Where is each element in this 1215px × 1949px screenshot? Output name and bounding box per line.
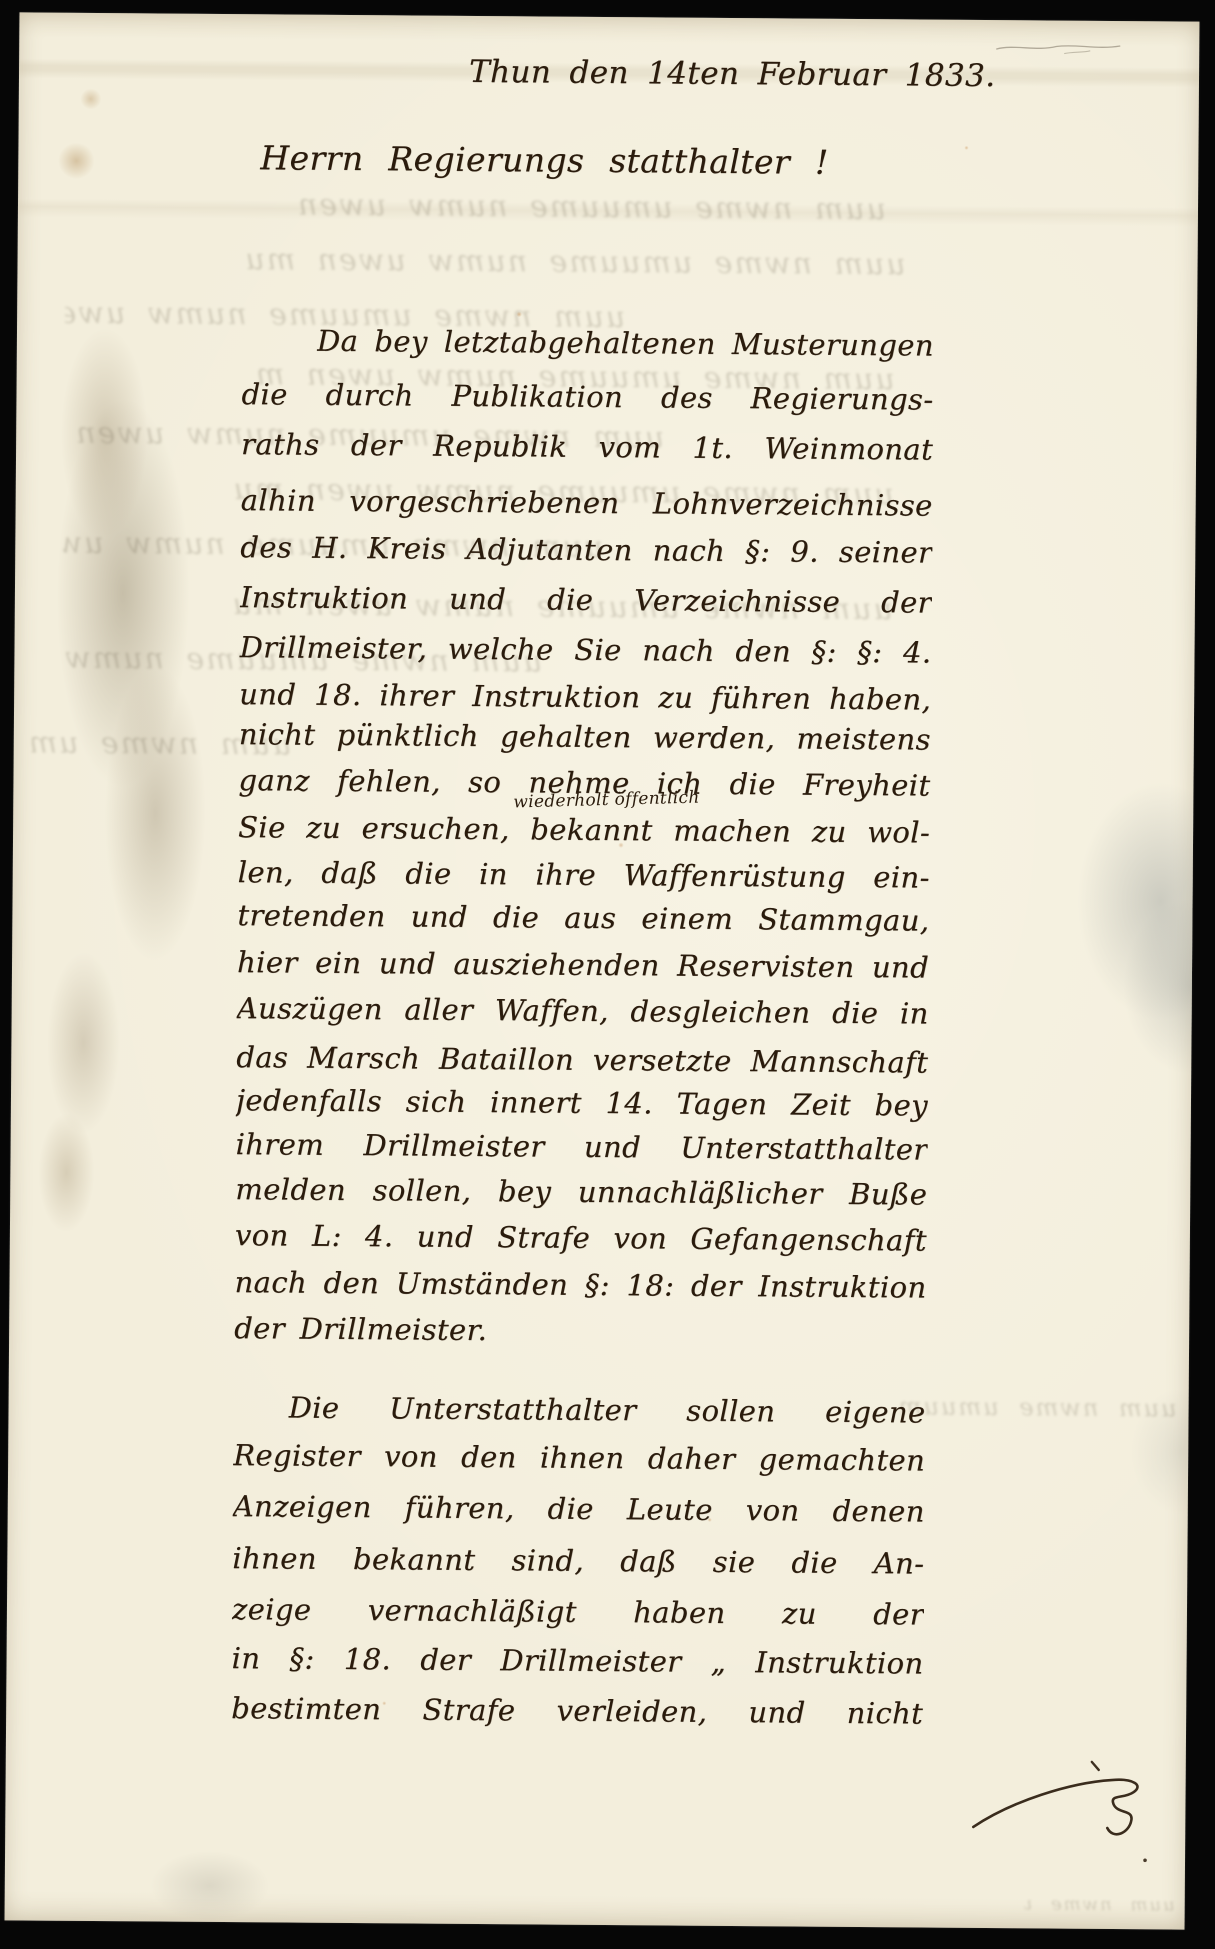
bleedthrough-line: uum nwme umuume numw uwen mume nuwme ume… (245, 242, 905, 287)
text-line: alhin vorgeschriebenen Lohnverzeichnisse (240, 478, 932, 529)
text-line: der Drillmeister. (234, 1306, 487, 1354)
dateline: Thun den 14ten Februar 1833. (469, 50, 951, 100)
text-line: in §: 18. der Drillmeister „ Instruktion (231, 1636, 923, 1687)
text-line: tretenden und die aus einem Stammgau, (237, 893, 929, 944)
pencil-scribble (994, 40, 1124, 57)
text-line: des H. Kreis Adjutanten nach §: 9. seine… (240, 525, 932, 576)
signature-paraph (967, 1755, 1168, 1872)
text-line: bestimten Strafe verleiden, und nicht (231, 1686, 923, 1737)
text-line: Register von den ihnen daher gemachten (233, 1433, 925, 1484)
text-line: Drillmeister, welche Sie nach den §: §: … (239, 625, 931, 676)
salutation: Herrn Regierungs statthalter ! (260, 136, 829, 186)
text-line: hier ein und ausziehenden Reservisten un… (237, 940, 929, 991)
text-line: ihnen bekannt sind, daß sie die An- (232, 1536, 924, 1587)
text-line: von L: 4. und Strafe von Gefangenschaft (235, 1213, 927, 1264)
bleedthrough-line: uum nwme umuume numw uwen mume nuwme ume… (286, 187, 886, 232)
text-line: melden sollen, bey unnachläßlicher Buße (235, 1167, 927, 1218)
text-line: nach den Umständen §: 18: der Instruktio… (234, 1260, 926, 1311)
text-line: Da bey letztabgehaltenen Musterungen (317, 319, 934, 370)
text-line: raths der Republik vom 1t. Weinmonat (241, 422, 933, 473)
text-line: Die Unterstatthalter sollen eigene (288, 1386, 925, 1437)
text-line: jedenfalls sich innert 14. Tagen Zeit be… (236, 1078, 928, 1129)
text-line: zeige vernachläßigt haben zu der (232, 1587, 924, 1638)
text-line: ihrem Drillmeister und Unterstatthalter (235, 1122, 927, 1173)
text-line: Instruktion und die Verzeichnisse der (240, 575, 932, 626)
text-line: die durch Publikation des Regierungs- (241, 372, 933, 423)
text-line: nicht pünktlich gehalten werden, meisten… (239, 712, 931, 763)
text-line: Auszügen aller Waffen, desgleichen die i… (237, 986, 929, 1037)
text-line: Sie zu ersuchen, bekannt machen zu wol- (238, 805, 930, 856)
text-line: Anzeigen führen, die Leute von denen (233, 1484, 925, 1535)
letter-page: uum nwme umuume numw uwen mume nuwme ume… (5, 12, 1200, 1929)
bleedthrough-line: uum nwme umuume numw uwen mume nuwme ume… (1024, 1893, 1174, 1934)
bleedthrough-line: uum nwme umuume numw uwen mume nuwme ume… (896, 1392, 1176, 1434)
